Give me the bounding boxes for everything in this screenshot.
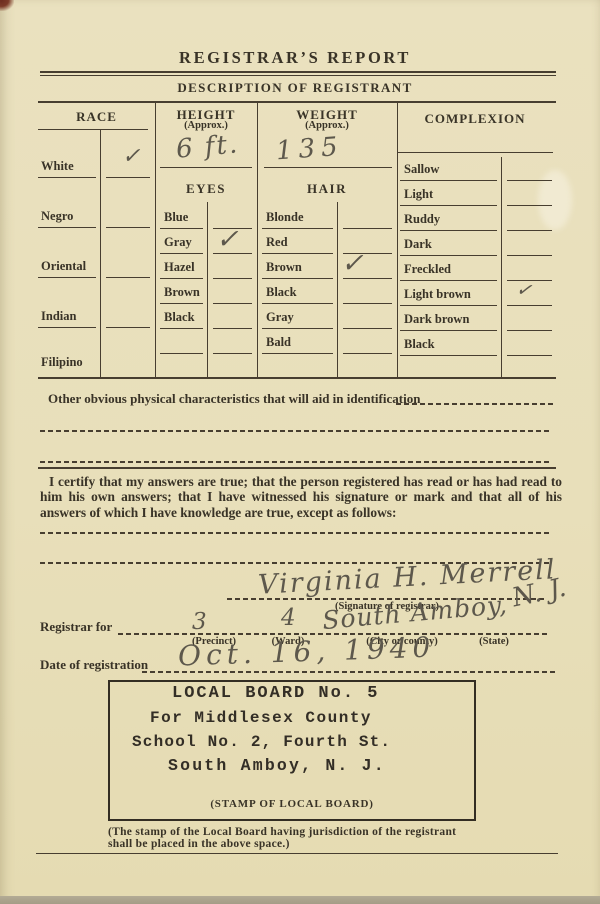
- rule: [213, 328, 252, 329]
- eyes-option-gray: Gray: [164, 236, 192, 249]
- eyes-option-brown: Brown: [164, 286, 200, 299]
- rule: [213, 353, 252, 354]
- rule: [160, 228, 203, 229]
- complexion-check-divider: [501, 157, 502, 379]
- rule: [507, 205, 552, 206]
- rule: [507, 180, 552, 181]
- other-characteristics-label: Other obvious physical characteristics t…: [48, 392, 420, 405]
- race-option-oriental: Oriental: [41, 260, 86, 273]
- hair-option-black: Black: [266, 286, 297, 299]
- registrar-report-page: REGISTRAR’S REPORT DESCRIPTION OF REGIST…: [0, 0, 600, 904]
- bottom-rule: [36, 853, 558, 854]
- footnote-line-2: shall be placed in the above space.): [108, 839, 290, 851]
- column-divider: [155, 101, 156, 379]
- height-value-handwriting: 6 ft.: [175, 131, 240, 162]
- rule: [106, 177, 150, 178]
- hair-brown-checkmark: ✓: [341, 250, 364, 277]
- section-title: DESCRIPTION OF REGISTRANT: [0, 81, 590, 94]
- rule: [507, 255, 552, 256]
- race-white-checkmark: ✓: [122, 146, 140, 168]
- rule: [400, 280, 497, 281]
- blank-line: [40, 532, 550, 534]
- date-of-registration-label: Date of registration: [40, 658, 148, 671]
- weight-subheader: (Approx.): [257, 121, 397, 132]
- race-header: RACE: [38, 110, 155, 123]
- ward-value-handwriting: 4: [281, 607, 296, 630]
- date-value-handwriting: Oct. 16, 1940: [178, 634, 436, 671]
- race-option-white: White: [41, 160, 74, 173]
- rule: [343, 228, 392, 229]
- rule: [40, 71, 556, 73]
- corner-ink-smudge: [0, 0, 14, 11]
- complexion-light-brown-checkmark: ✓: [515, 280, 533, 301]
- race-check-divider: [100, 129, 101, 379]
- rule: [343, 303, 392, 304]
- hair-option-blonde: Blonde: [266, 211, 304, 224]
- hair-check-divider: [337, 202, 338, 379]
- rule: [400, 305, 497, 306]
- column-divider: [397, 101, 398, 379]
- complexion-header: COMPLEXION: [397, 112, 553, 125]
- rule: [400, 355, 497, 356]
- precinct-value-handwriting: 3: [192, 611, 207, 634]
- rule: [213, 303, 252, 304]
- race-option-indian: Indian: [41, 310, 76, 323]
- rule: [38, 277, 96, 278]
- blank-line: [40, 430, 552, 432]
- rule: [160, 328, 203, 329]
- state-caption: (State): [464, 637, 524, 648]
- rule: [507, 230, 552, 231]
- certification-text: I certify that my answers are true; that…: [40, 474, 562, 520]
- race-option-negro: Negro: [41, 210, 73, 223]
- complexion-option-freckled: Freckled: [404, 263, 451, 276]
- stamp-box: LOCAL BOARD No. 5 For Middlesex County S…: [108, 680, 476, 821]
- eyes-option-black: Black: [164, 311, 195, 324]
- stamp-line-1: LOCAL BOARD No. 5: [172, 685, 379, 702]
- stamp-line-2: For Middlesex County: [150, 710, 372, 726]
- rule: [160, 278, 203, 279]
- rule: [106, 277, 150, 278]
- race-option-filipino: Filipino: [41, 356, 83, 369]
- rule: [400, 205, 497, 206]
- scan-edge-shadow: [0, 896, 600, 904]
- rule: [160, 303, 203, 304]
- rule: [507, 330, 552, 331]
- rule: [262, 328, 333, 329]
- table-bottom-rule: [38, 377, 556, 379]
- paper-watermark: [538, 170, 572, 230]
- weight-value-underline: [264, 167, 392, 168]
- blank-line: [40, 461, 552, 463]
- hair-option-bald: Bald: [266, 336, 291, 349]
- section-rule: [38, 467, 556, 469]
- rule: [262, 353, 333, 354]
- rule: [38, 227, 96, 228]
- rule: [262, 228, 333, 229]
- rule: [262, 278, 333, 279]
- hair-option-brown: Brown: [266, 261, 302, 274]
- rule: [507, 305, 552, 306]
- complexion-option-dark-brown: Dark brown: [404, 313, 469, 326]
- footnote-line-1: (The stamp of the Local Board having jur…: [108, 827, 456, 839]
- rule: [40, 75, 556, 76]
- rule: [262, 303, 333, 304]
- stamp-line-4: South Amboy, N. J.: [168, 758, 386, 775]
- column-divider: [257, 101, 258, 379]
- rule: [38, 177, 96, 178]
- stamp-caption: (STAMP OF LOCAL BOARD): [110, 799, 474, 810]
- eyes-header: EYES: [155, 182, 257, 195]
- rule: [397, 152, 553, 153]
- rule: [400, 330, 497, 331]
- eyes-check-divider: [207, 202, 208, 379]
- rule: [106, 327, 150, 328]
- complexion-option-light-brown: Light brown: [404, 288, 471, 301]
- rule: [160, 353, 203, 354]
- eyes-option-blue: Blue: [164, 211, 188, 224]
- eyes-option-hazel: Hazel: [164, 261, 195, 274]
- rule: [213, 278, 252, 279]
- rule: [343, 328, 392, 329]
- fill-in-dashes: [396, 403, 556, 405]
- complexion-option-ruddy: Ruddy: [404, 213, 440, 226]
- stamp-line-3: School No. 2, Fourth St.: [132, 734, 391, 750]
- weight-value-handwriting: 135: [275, 134, 344, 165]
- rule: [262, 253, 333, 254]
- hair-option-gray: Gray: [266, 311, 294, 324]
- height-value-underline: [160, 167, 252, 168]
- hair-header: HAIR: [257, 182, 397, 195]
- rule: [38, 327, 96, 328]
- page-title: REGISTRAR’S REPORT: [0, 50, 590, 67]
- complexion-option-light: Light: [404, 188, 433, 201]
- rule: [400, 180, 497, 181]
- rule: [507, 355, 552, 356]
- height-subheader: (Approx.): [155, 121, 257, 132]
- eyes-gray-checkmark: ✓: [216, 226, 239, 253]
- complexion-option-sallow: Sallow: [404, 163, 439, 176]
- rule: [343, 353, 392, 354]
- registrar-for-label: Registrar for: [40, 620, 112, 633]
- rule: [400, 230, 497, 231]
- rule: [38, 129, 148, 130]
- table-top-rule: [38, 101, 556, 103]
- complexion-option-black: Black: [404, 338, 435, 351]
- rule: [160, 253, 203, 254]
- rule: [106, 227, 150, 228]
- hair-option-red: Red: [266, 236, 288, 249]
- rule: [400, 255, 497, 256]
- complexion-option-dark: Dark: [404, 238, 432, 251]
